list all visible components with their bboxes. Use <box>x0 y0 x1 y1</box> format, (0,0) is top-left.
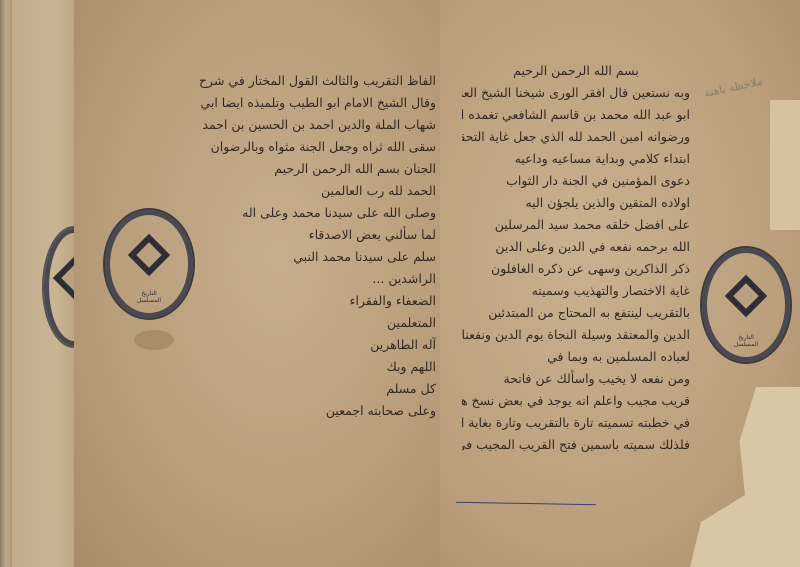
text-line: دعوى المؤمنين في الجنة دار الثواب <box>462 170 690 192</box>
text-line: ابتداء كلامي وبداية مساعيه وداعيه <box>462 148 690 170</box>
water-stain <box>134 330 174 350</box>
text-line: قريب مجيب واعلم انه يوجد في بعض نسخ هذا … <box>462 390 690 412</box>
right-page-text: بسم الله الرحمن الرحيم وبه نستعين قال اف… <box>462 60 690 456</box>
paper-damage-corner <box>690 387 800 567</box>
basmala-heading: بسم الله الرحمن الرحيم <box>462 60 690 82</box>
text-line: فلذلك سميته باسمين فتح القريب المجيب في … <box>462 434 690 456</box>
manuscript-scan: التاريخ المسلسل التاريخ المسلسل ملاحظة ب… <box>0 0 800 567</box>
text-line: سلم على سيدنا محمد النبي <box>198 246 436 268</box>
text-line: آله الطاهرين <box>198 334 436 356</box>
seal-caption-line1: التاريخ <box>105 290 193 297</box>
text-line: ورضوانه امين الحمد لله الذي جعل غاية الت… <box>462 126 690 148</box>
text-line: لعباده المسلمين به وبما في <box>462 346 690 368</box>
text-line: الضعفاء والفقراء <box>198 290 436 312</box>
text-line: الفاظ التقريب والثالث القول المختار في ش… <box>198 70 436 92</box>
text-line: وقال الشيخ الامام ابو الطيب وتلميذه ايضا… <box>198 92 436 114</box>
library-seal-right: التاريخ المسلسل <box>700 246 792 364</box>
seal-caption-line1: التاريخ <box>702 334 790 341</box>
seal-emblem-icon <box>725 275 767 317</box>
library-seal-left: التاريخ المسلسل <box>103 208 195 320</box>
left-page-text: الفاظ التقريب والثالث القول المختار في ش… <box>198 70 436 422</box>
text-line: غاية الاختصار والتهذيب وسميته <box>462 280 690 302</box>
text-line: بالتقريب لينتفع به المحتاج من المبتدئين <box>462 302 690 324</box>
text-line: الجنان بسم الله الرحمن الرحيم <box>198 158 436 180</box>
text-line: ذكر الذاكرين وسهى عن ذكره الغافلون <box>462 258 690 280</box>
seal-caption-line2: المسلسل <box>702 341 790 348</box>
text-line: ابو عبد الله محمد بن قاسم الشافعي تغمده … <box>462 104 690 126</box>
text-line: اللهم وبك <box>198 356 436 378</box>
text-line: وعلى صحابته اجمعين <box>198 400 436 422</box>
text-line: الراشدين ... <box>198 268 436 290</box>
text-line: الحمد لله رب العالمين <box>198 180 436 202</box>
text-line: في خطبته تسميته تارة بالتقريب وتارة بغاي… <box>462 412 690 434</box>
text-line: شهاب الملة والدين احمد بن الحسين بن احمد… <box>198 114 436 136</box>
text-line: وبه نستعين قال افقر الورى شيخنا الشيخ ال… <box>462 82 690 104</box>
text-line: كل مسلم <box>198 378 436 400</box>
text-line: المتعلمين <box>198 312 436 334</box>
text-line: الدين والمعتقد وسيلة النجاة يوم الدين ون… <box>462 324 690 346</box>
text-line: وصلى الله على سيدنا محمد وعلى اله <box>198 202 436 224</box>
text-line: ومن نفعه لا يخيب واسألك عن فاتحة <box>462 368 690 390</box>
seal-emblem-icon <box>128 234 170 276</box>
text-line: لما سألني بعض الاصدقاء <box>198 224 436 246</box>
text-line: على افضل خلقه محمد سيد المرسلين <box>462 214 690 236</box>
text-line: سقى الله ثراه وجعل الجنة مثواه وبالرضوان <box>198 136 436 158</box>
seal-caption-line2: المسلسل <box>105 297 193 304</box>
text-line: الله برحمه نفعه في الدين وعلى الدين <box>462 236 690 258</box>
text-line: اولاده المتقين والذين يلجؤن اليه <box>462 192 690 214</box>
